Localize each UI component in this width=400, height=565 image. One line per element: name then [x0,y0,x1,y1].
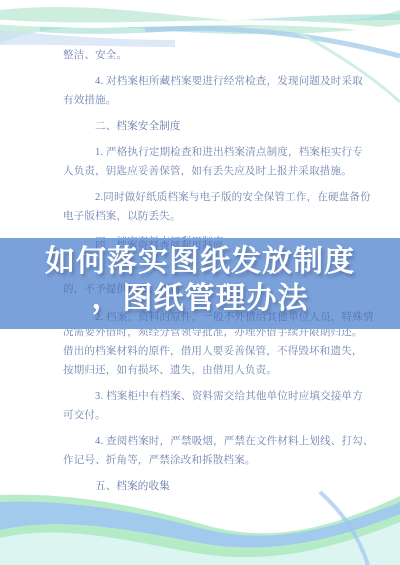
document-text-line: 按期归还，如有损坏、遗失，由借用人负责。 [63,361,362,380]
document-page: 整洁、安全。4. 对档案柜所藏档案要进行经常检查，发现问题及时采取有效措施。二、… [0,0,400,565]
bottom-wave-decoration [0,490,400,565]
document-text-line: 电子版档案，以防丢失。 [63,207,362,226]
document-text-line: 作记号、折角等，严禁涂改和拆散档案。 [63,451,362,470]
document-text-line: 2.同时做好纸质档案与电子版的安全保管工作，在硬盘备份 [63,188,362,207]
document-text-line: 人负责，钥匙应妥善保管，如有丢失应及时上报并采取措施。 [63,162,362,181]
title-line-1: 如何落实图纸发放制度 [0,243,400,280]
title-line-2: ，图纸管理办法 [0,280,400,317]
document-text-line: 4. 查阅档案时，严禁吸烟，严禁在文件材料上划线、打勾、 [63,432,362,451]
overlay-title: 如何落实图纸发放制度 ，图纸管理办法 [0,243,400,317]
document-text-line: 4. 对档案柜所藏档案要进行经常检查，发现问题及时采取 [63,72,362,91]
document-text-line: 3. 档案柜中有档案、资料需交给其他单位时应填交接单方 [63,387,362,406]
document-text-line: 借出的档案材料的原件，借用人要妥善保管，不得毁坏和遗失， [63,342,362,361]
title-overlay-band: 四、档案资料查阅利用制度 的，不予提供档案、资料 2. 档案、资料的原件，一般不… [0,238,400,329]
document-heading-line: 五、档案的收集 [63,477,362,496]
document-text-line: 1. 严格执行定期检查和进出档案清点制度，档案柜实行专 [63,143,362,162]
document-text-line: 可交付。 [63,406,362,425]
document-text-line: 有效措施。 [63,91,362,110]
document-text-line: 整洁、安全。 [63,46,362,65]
document-heading-line: 二、档案安全制度 [63,117,362,136]
